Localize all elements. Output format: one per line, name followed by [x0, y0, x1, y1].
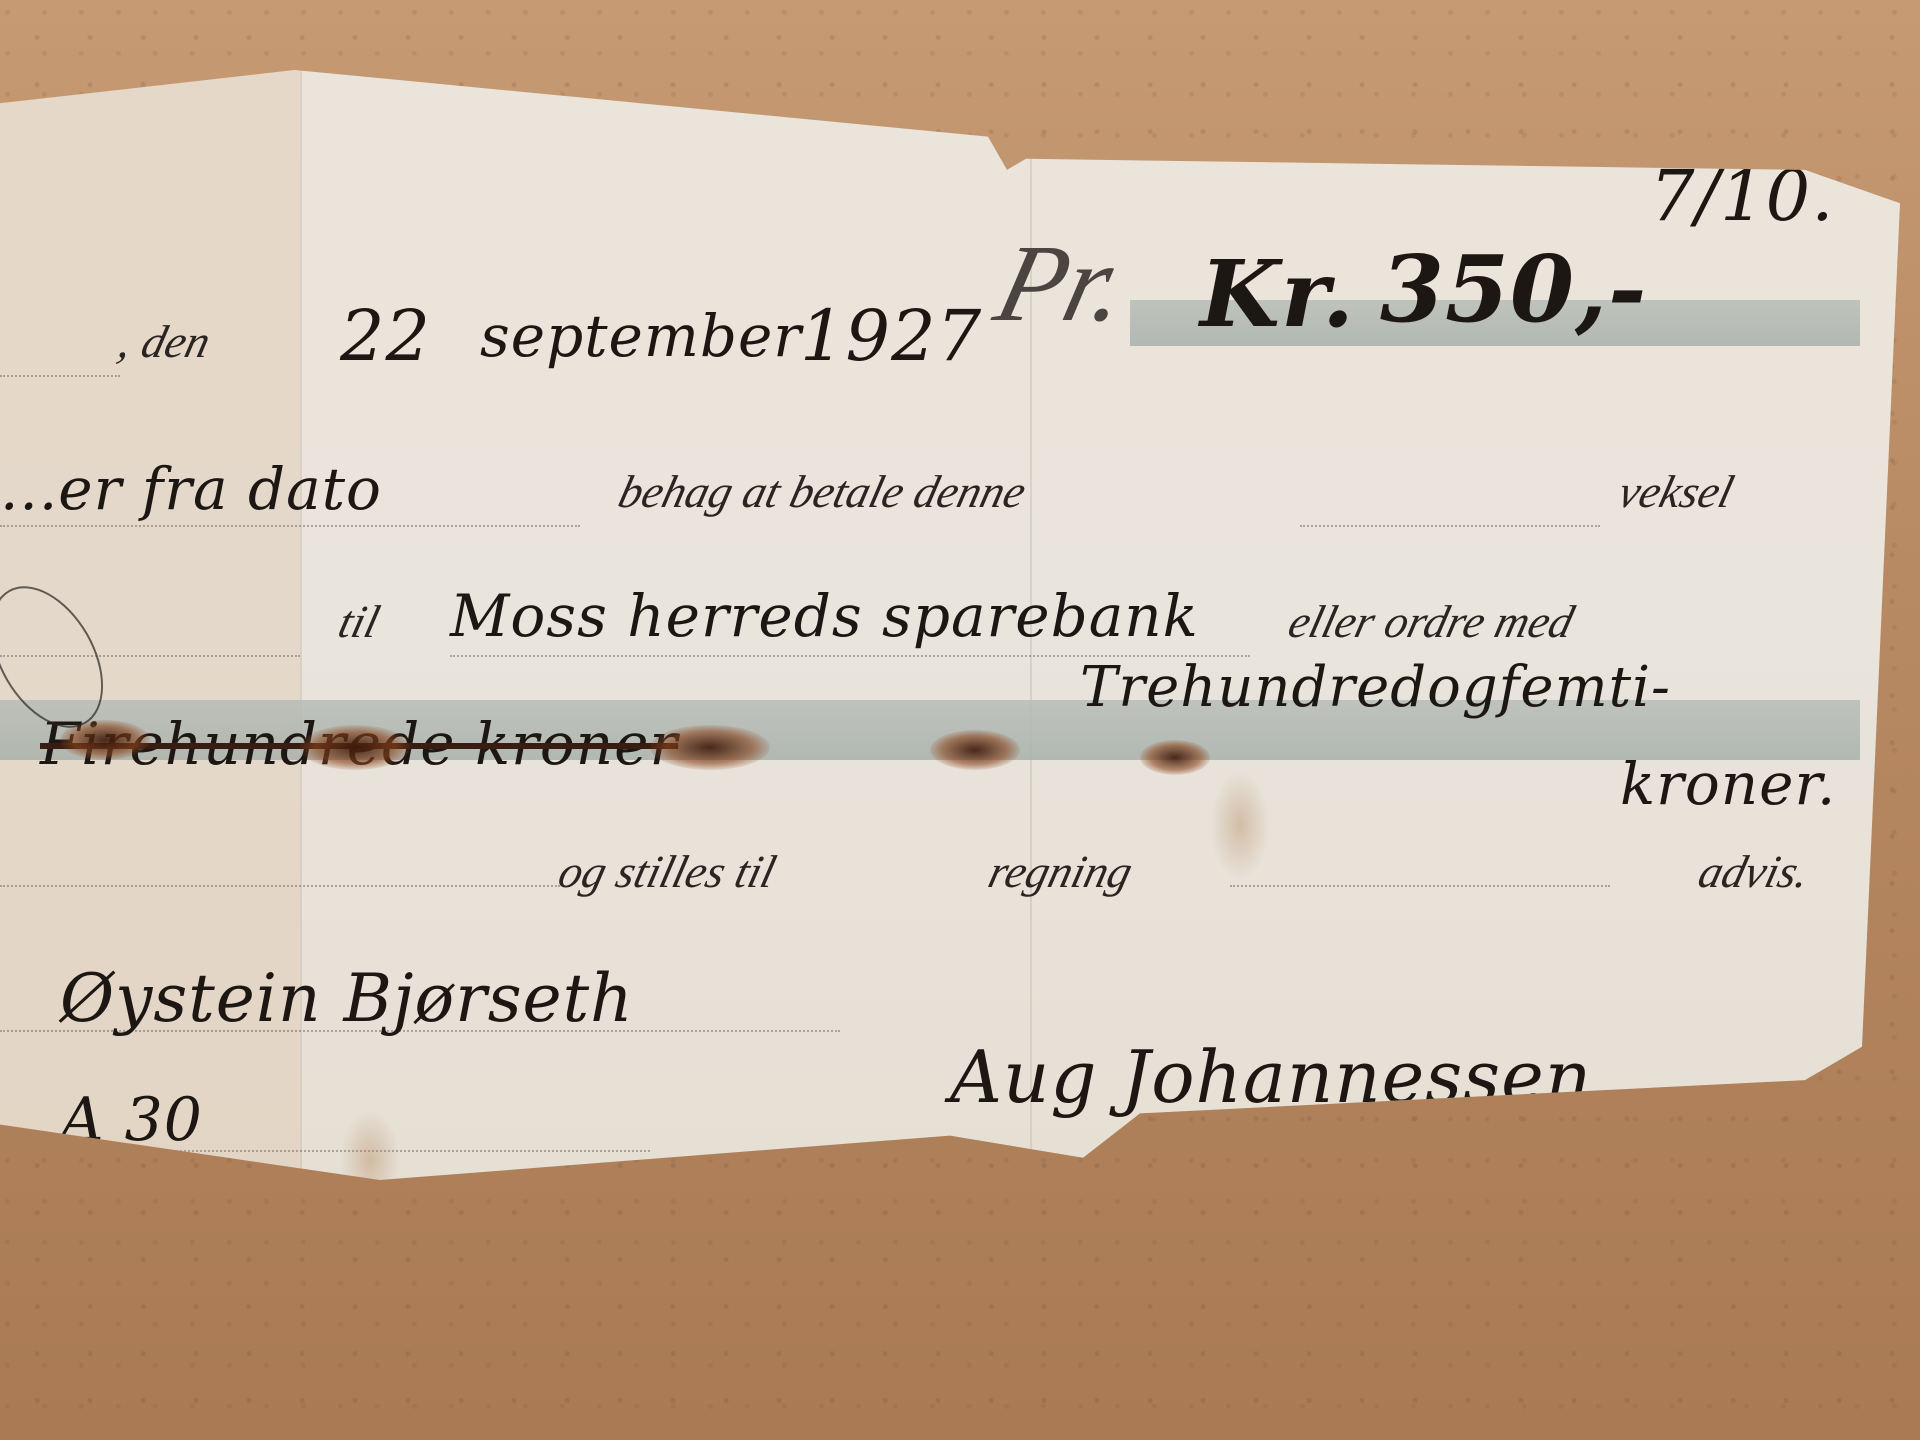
- date-prefix: , den: [113, 315, 216, 368]
- drawer-signature: Aug Johannessen: [950, 1035, 1592, 1119]
- rule-line: [0, 375, 120, 377]
- closing-printed-2: regning: [983, 845, 1138, 898]
- closing-printed-1: og stilles til: [553, 845, 781, 898]
- burn-mark: [930, 730, 1020, 770]
- pr-mark: Pr.: [984, 220, 1141, 347]
- rule-line: [0, 1150, 650, 1152]
- payee-name: Moss herreds sparebank: [450, 582, 1199, 650]
- corner-note: 7/10.: [1650, 155, 1834, 237]
- drawee-city: Moss.: [70, 1150, 289, 1234]
- drawee-name: Øystein Bjørseth: [60, 960, 634, 1037]
- payee-til: til: [333, 595, 385, 648]
- rule-line: [1230, 885, 1610, 887]
- rule-line: [0, 885, 560, 887]
- burn-mark: [650, 725, 770, 770]
- payee-or-order: eller ordre med: [1283, 595, 1579, 648]
- terms-handwritten: ...er fra dato: [0, 455, 382, 523]
- rule-line: [1300, 525, 1600, 527]
- closing-printed-3: advis.: [1693, 845, 1815, 898]
- date-year: 1927: [800, 295, 982, 377]
- amount-words-correction: Trehundredogfemti-: [1080, 655, 1671, 720]
- ink-dot: [770, 1160, 780, 1172]
- stain: [340, 1110, 400, 1210]
- drawee-address: ...A 30: [0, 1085, 203, 1155]
- burn-mark: [1140, 740, 1210, 775]
- amount-value: 350,-: [1380, 235, 1647, 343]
- rule-line: [0, 525, 580, 527]
- date-day: 22: [340, 295, 431, 377]
- terms-printed-veksel: veksel: [1613, 465, 1739, 518]
- bill-of-exchange-paper: 7/10. , den 22 september 1927 Pr. Kr. 35…: [0, 70, 1900, 1180]
- burn-mark: [300, 725, 410, 770]
- amount-words-suffix: kroner.: [1620, 750, 1836, 818]
- date-month: september: [480, 302, 802, 370]
- amount-currency: Kr.: [1200, 240, 1355, 348]
- stain: [1210, 770, 1270, 880]
- terms-printed-pay: behag at betale denne: [613, 465, 1031, 518]
